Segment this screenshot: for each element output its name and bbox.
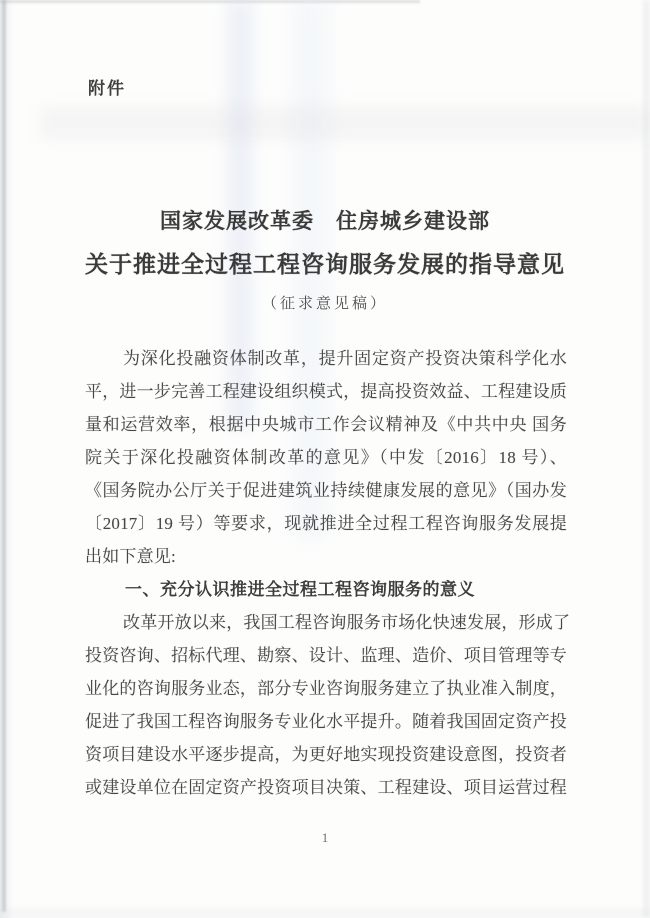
title-issuing-agencies: 国家发展改革委 住房城乡建设部 [0, 205, 650, 235]
section-heading: 一、充分认识推进全过程工程咨询服务的意义 [85, 573, 567, 606]
text-line: 院关于深化投融资体制改革的意见》（中发〔2016〕18 号）、 [85, 441, 567, 474]
text-line: 出如下意见: [85, 540, 567, 573]
scan-artifact-top-line [0, 0, 420, 3]
text-line: 改革开放以来，我国工程咨询服务市场化快速发展，形成了 [85, 606, 567, 639]
text-line: 〔2017〕19 号）等要求，现就推进全过程工程咨询服务发展提 [85, 507, 567, 540]
scan-artifact-gray-band [40, 106, 650, 140]
text-line: 平，进一步完善工程建设组织模式，提高投资效益、工程建设质 [85, 375, 567, 408]
text-line: 资项目建设水平逐步提高，为更好地实现投资建设意图，投资者 [85, 738, 567, 771]
text-line: 促进了我国工程咨询服务专业化水平提升。随着我国固定资产投 [85, 705, 567, 738]
scan-artifact-left-line [2, 0, 6, 912]
document-title-block: 国家发展改革委 住房城乡建设部 关于推进全过程工程咨询服务发展的指导意见 （征求… [0, 205, 650, 313]
document-body: 为深化投融资体制改革，提升固定资产投资决策科学化水 平，进一步完善工程建设组织模… [85, 342, 567, 804]
text-line: 量和运营效率，根据中央城市工作会议精神及《中共中央 国务 [85, 408, 567, 441]
text-line: 《国务院办公厅关于促进建筑业持续健康发展的意见》（国办发 [85, 474, 567, 507]
text-line: 为深化投融资体制改革，提升固定资产投资决策科学化水 [85, 342, 567, 375]
scan-artifact-right-edge [643, 0, 650, 918]
scan-artifact-left-shadow [0, 0, 14, 918]
title-main: 关于推进全过程工程咨询服务发展的指导意见 [0, 246, 650, 279]
text-line: 或建设单位在固定资产投资项目决策、工程建设、项目运营过程 [85, 771, 567, 804]
page-number: 1 [0, 830, 650, 846]
attachment-label: 附件 [88, 74, 126, 99]
scanned-document-page: 附件 国家发展改革委 住房城乡建设部 关于推进全过程工程咨询服务发展的指导意见 … [0, 0, 650, 918]
text-line: 投资咨询、招标代理、勘察、设计、监理、造价、项目管理等专 [85, 639, 567, 672]
scan-artifact-bottom-smudge [0, 909, 650, 918]
text-line: 业化的咨询服务业态，部分专业咨询服务建立了执业准入制度， [85, 672, 567, 705]
title-draft-note: （征求意见稿） [0, 292, 650, 313]
